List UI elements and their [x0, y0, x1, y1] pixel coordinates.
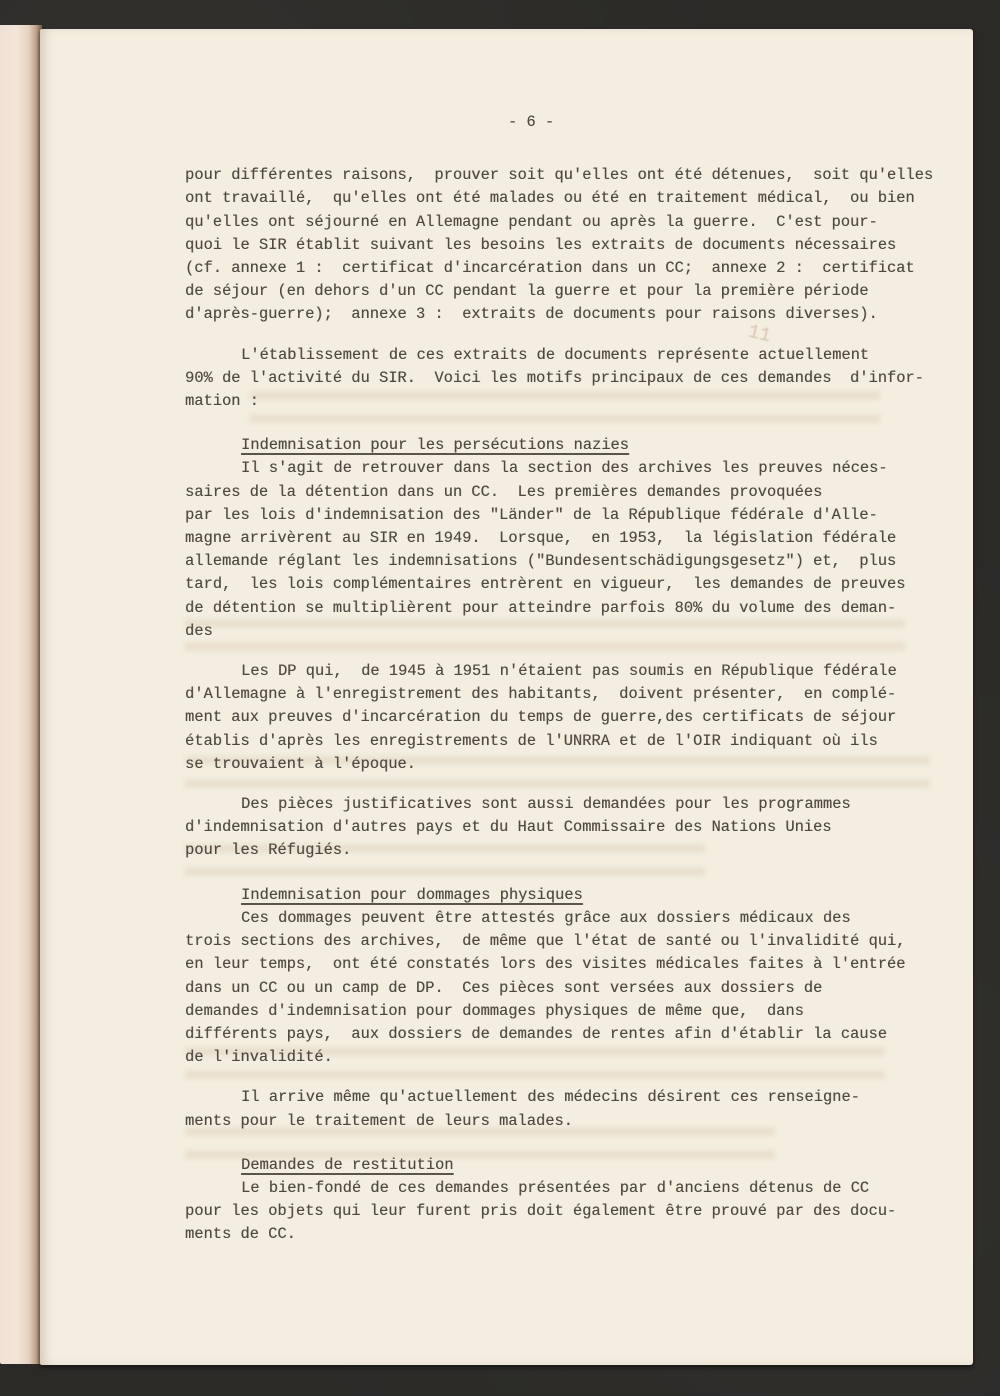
paragraph: Les DP qui, de 1945 à 1951 n'étaient pas… — [185, 660, 957, 776]
text-line: ments pour le traitement de leurs malade… — [185, 1110, 957, 1133]
text-line: demandes d'indemnisation pour dommages p… — [185, 1000, 957, 1023]
section-heading: Indemnisation pour les persécutions nazi… — [241, 434, 957, 457]
text-line: saires de la détention dans un CC. Les p… — [185, 481, 957, 504]
text-line: établis d'après les enregistrements de l… — [185, 730, 957, 753]
text-line: par les lois d'indemnisation des "Länder… — [185, 504, 957, 527]
paragraph: Ces dommages peuvent être attestés grâce… — [185, 907, 957, 1069]
text-line: des — [185, 620, 957, 643]
text-line: pour différentes raisons, prouver soit q… — [185, 164, 957, 187]
scan-background: { "header": { "page_number": "- 6 -" }, … — [0, 0, 1000, 1396]
text-line: Ces dommages peuvent être attestés grâce… — [185, 907, 957, 930]
paragraph: Le bien-fondé de ces demandes présentées… — [185, 1177, 957, 1247]
document-body: - 6 - pour différentes raisons, prouver … — [185, 111, 957, 1247]
paragraph: pour différentes raisons, prouver soit q… — [185, 164, 957, 326]
scanned-page: 11 - 6 - pour différentes raisons, prouv… — [40, 29, 973, 1365]
text-line: qu'elles ont séjourné en Allemagne penda… — [185, 211, 957, 234]
text-line: différents pays, aux dossiers de demande… — [185, 1023, 957, 1046]
text-line: 90% de l'activité du SIR. Voici les moti… — [185, 367, 957, 390]
text-line: Des pièces justificatives sont aussi dem… — [185, 793, 957, 816]
text-line: de séjour (en dehors d'un CC pendant la … — [185, 280, 957, 303]
adjacent-page-edge — [0, 25, 42, 1364]
paragraph: Il s'agit de retrouver dans la section d… — [185, 457, 957, 643]
text-line: tard, les lois complémentaires entrèrent… — [185, 573, 957, 596]
text-line: se trouvaient à l'époque. — [185, 753, 957, 776]
section-heading: Indemnisation pour dommages physiques — [241, 884, 957, 907]
text-line: d'après-guerre); annexe 3 : extraits de … — [185, 303, 957, 326]
text-line: pour les Réfugiés. — [185, 839, 957, 862]
text-line: trois sections des archives, de même que… — [185, 930, 957, 953]
text-line: allemande réglant les indemnisations ("B… — [185, 550, 957, 573]
paragraph: Des pièces justificatives sont aussi dem… — [185, 793, 957, 863]
text-line: dans un CC ou un camp de DP. Ces pièces … — [185, 977, 957, 1000]
text-line: Il s'agit de retrouver dans la section d… — [185, 457, 957, 480]
text-line: pour les objets qui leur furent pris doi… — [185, 1200, 957, 1223]
text-line: de l'invalidité. — [185, 1046, 957, 1069]
text-line: d'Allemagne à l'enregistrement des habit… — [185, 683, 957, 706]
text-line: ments de CC. — [185, 1223, 957, 1246]
text-line: en leur temps, ont été constatés lors de… — [185, 953, 957, 976]
text-line: ment aux preuves d'incarcération du temp… — [185, 706, 957, 729]
section-heading: Demandes de restitution — [241, 1154, 957, 1177]
text-line: Il arrive même qu'actuellement des médec… — [185, 1086, 957, 1109]
page-number: - 6 - — [185, 111, 945, 134]
text-line: Le bien-fondé de ces demandes présentées… — [185, 1177, 957, 1200]
text-line: de détention se multiplièrent pour attei… — [185, 597, 957, 620]
text-line: (cf. annexe 1 : certificat d'incarcérati… — [185, 257, 957, 280]
text-line: Les DP qui, de 1945 à 1951 n'étaient pas… — [185, 660, 957, 683]
text-line: quoi le SIR établit suivant les besoins … — [185, 234, 957, 257]
text-line: mation : — [185, 390, 957, 413]
text-line: L'établissement de ces extraits de docum… — [185, 344, 957, 367]
paragraph: Il arrive même qu'actuellement des médec… — [185, 1086, 957, 1132]
text-line: ont travaillé, qu'elles ont été malades … — [185, 187, 957, 210]
text-line: d'indemnisation d'autres pays et du Haut… — [185, 816, 957, 839]
text-line: magne arrivèrent au SIR en 1949. Lorsque… — [185, 527, 957, 550]
paragraph: L'établissement de ces extraits de docum… — [185, 344, 957, 414]
